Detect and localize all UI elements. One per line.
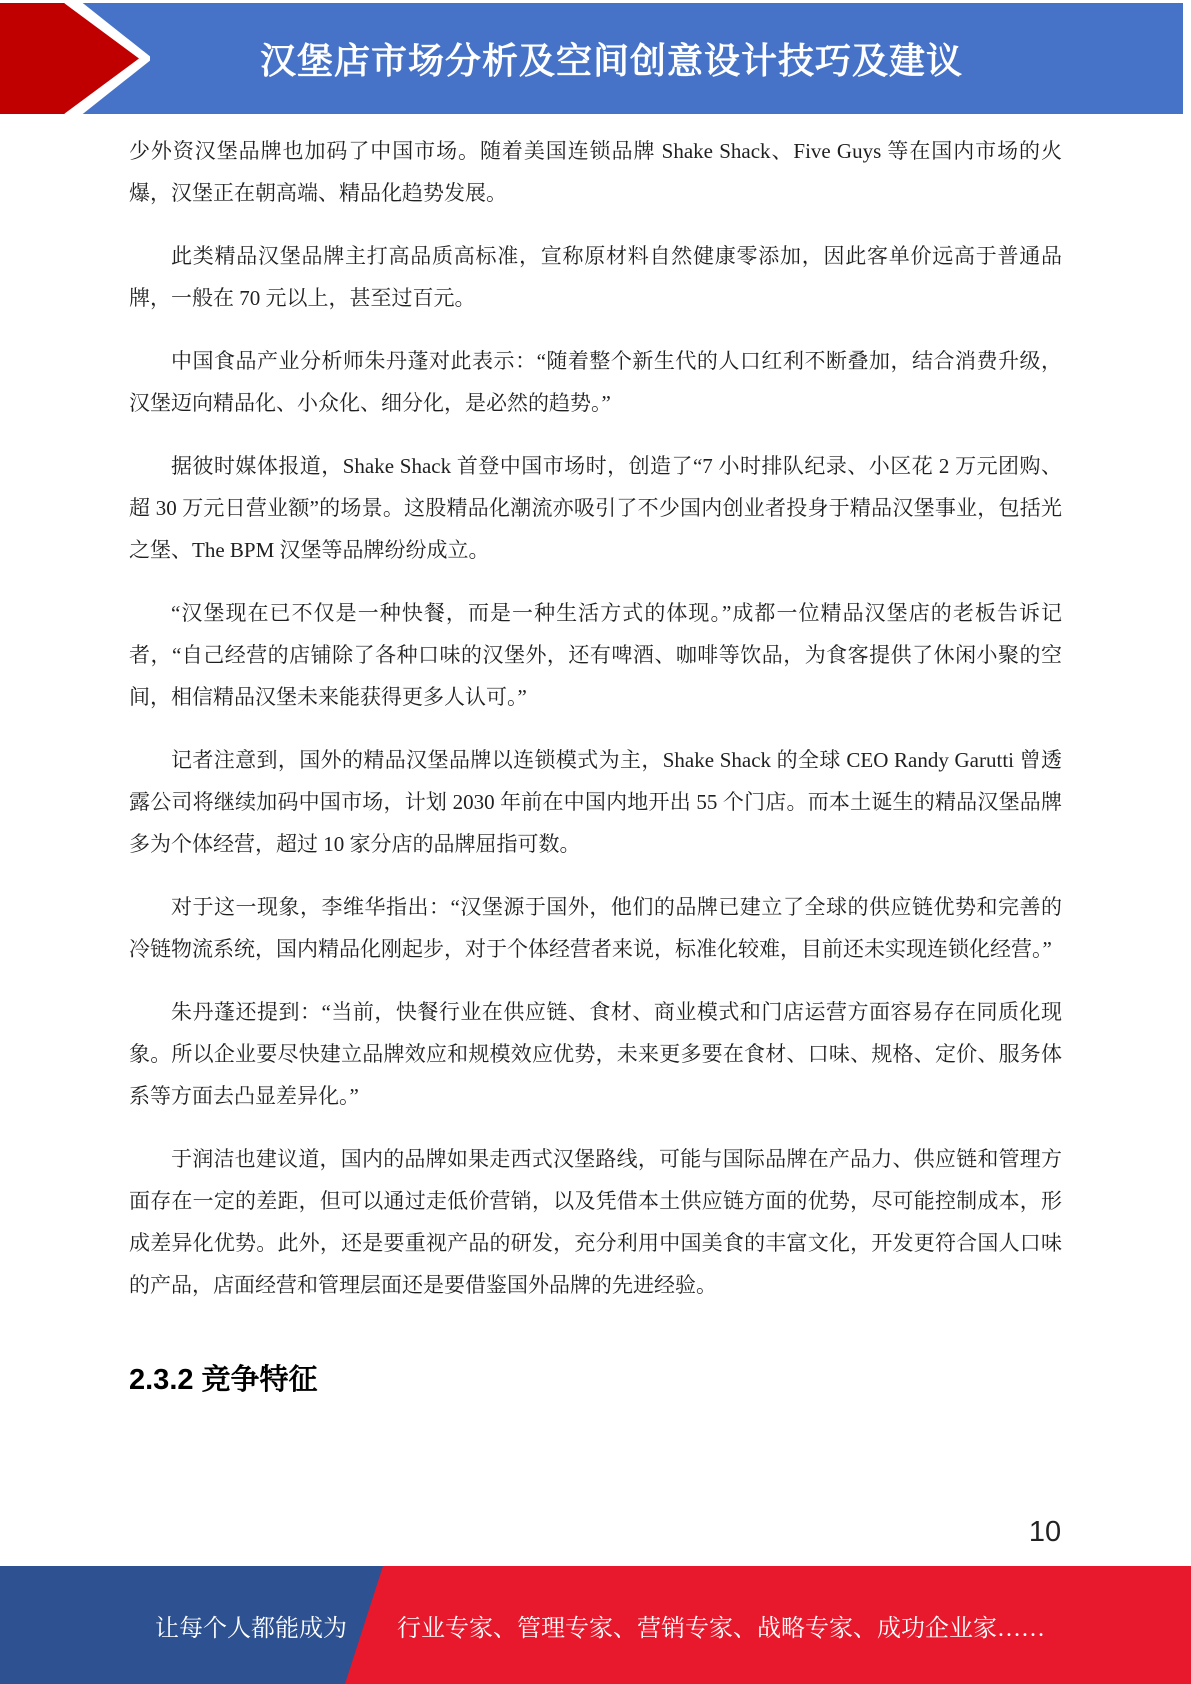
body-paragraph: 于润洁也建议道，国内的品牌如果走西式汉堡路线，可能与国际品牌在产品力、供应链和管… — [129, 1138, 1062, 1306]
section-heading: 2.3.2 竞争特征 — [129, 1362, 1062, 1398]
body-paragraph: “汉堡现在已不仅是一种快餐，而是一种生活方式的体现。”成都一位精品汉堡店的老板告… — [129, 592, 1062, 718]
body-paragraph: 少外资汉堡品牌也加码了中国市场。随着美国连锁品牌 Shake Shack、Fiv… — [129, 130, 1062, 214]
body-paragraph: 据彼时媒体报道，Shake Shack 首登中国市场时，创造了“7 小时排队纪录… — [129, 445, 1062, 571]
page-title: 汉堡店市场分析及空间创意设计技巧及建议 — [120, 3, 1103, 114]
body-paragraph: 朱丹蓬还提到：“当前，快餐行业在供应链、食材、商业模式和门店运营方面容易存在同质… — [129, 991, 1062, 1117]
footer-slogan-left: 让每个人都能成为 — [0, 1566, 347, 1684]
body-paragraph: 中国食品产业分析师朱丹蓬对此表示：“随着整个新生代的人口红利不断叠加，结合消费升… — [129, 340, 1062, 424]
body-paragraph: 此类精品汉堡品牌主打高品质高标准，宣称原材料自然健康零添加，因此客单价远高于普通… — [129, 235, 1062, 319]
document-page: 汉堡店市场分析及空间创意设计技巧及建议 少外资汉堡品牌也加码了中国市场。随着美国… — [0, 0, 1191, 1684]
page-number: 10 — [1005, 1516, 1085, 1549]
footer-slogan-right: 行业专家、管理专家、营销专家、战略专家、成功企业家…… — [397, 1566, 1171, 1684]
footer-banner: 让每个人都能成为 行业专家、管理专家、营销专家、战略专家、成功企业家…… — [0, 1566, 1191, 1684]
body-paragraph: 记者注意到，国外的精品汉堡品牌以连锁模式为主，Shake Shack 的全球 C… — [129, 739, 1062, 865]
body-text-block: 少外资汉堡品牌也加码了中国市场。随着美国连锁品牌 Shake Shack、Fiv… — [129, 130, 1062, 1398]
header-banner: 汉堡店市场分析及空间创意设计技巧及建议 — [0, 3, 1183, 114]
body-paragraph: 对于这一现象，李维华指出：“汉堡源于国外，他们的品牌已建立了全球的供应链优势和完… — [129, 886, 1062, 970]
paragraph-list: 少外资汉堡品牌也加码了中国市场。随着美国连锁品牌 Shake Shack、Fiv… — [129, 130, 1062, 1306]
